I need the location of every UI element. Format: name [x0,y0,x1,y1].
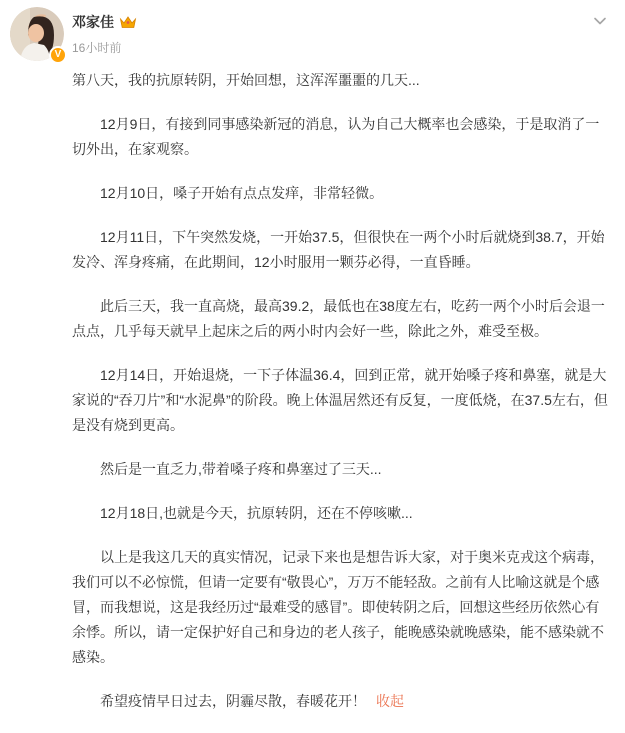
weibo-post-card: V 邓家佳 16小时前 第八天，我的抗原转阴，开始回想，这浑浑噩噩的几天... … [0,0,625,714]
closing-sentence: 希望疫情早日过去，阴霾尽散，春暖花开！ [100,693,366,709]
post-paragraph: 12月10日，嗓子开始有点点发痒，非常轻微。 [72,181,611,206]
collapse-link[interactable]: 收起 [376,693,404,709]
vip-crown-icon [119,15,137,30]
timestamp: 16小时前 [72,39,137,56]
post-paragraph: 12月14日，开始退烧，一下子体温36.4，回到正常，就开始嗓子疼和鼻塞，就是大… [72,363,611,438]
post-header: V 邓家佳 16小时前 [10,7,612,61]
post-content: 第八天，我的抗原转阴，开始回想，这浑浑噩噩的几天... 12月9日，有接到同事感… [72,68,612,714]
post-paragraph: 12月11日，下午突然发烧，一开始37.5，但很快在一两个小时后就烧到38.7，… [72,225,611,275]
post-paragraph: 12月9日，有接到同事感染新冠的消息，认为自己大概率也会感染，于是取消了一切外出… [72,112,611,162]
verified-badge-icon: V [49,46,67,64]
post-paragraph: 希望疫情早日过去，阴霾尽散，春暖花开！收起 [72,689,611,714]
post-paragraph: 以上是我这几天的真实情况，记录下来也是想告诉大家，对于奥米克戎这个病毒，我们可以… [72,545,611,670]
post-paragraph: 然后是一直乏力,带着嗓子疼和鼻塞过了三天... [72,457,611,482]
user-meta: 邓家佳 16小时前 [72,7,137,56]
post-paragraph: 第八天，我的抗原转阴，开始回想，这浑浑噩噩的几天... [72,68,611,93]
post-paragraph: 此后三天，我一直高烧，最高39.2，最低也在38度左右，吃药一两个小时后会退一点… [72,294,611,344]
chevron-down-icon[interactable] [590,11,610,36]
username[interactable]: 邓家佳 [72,12,114,32]
avatar[interactable]: V [10,7,64,61]
post-paragraph: 12月18日,也就是今天，抗原转阴，还在不停咳嗽... [72,501,611,526]
